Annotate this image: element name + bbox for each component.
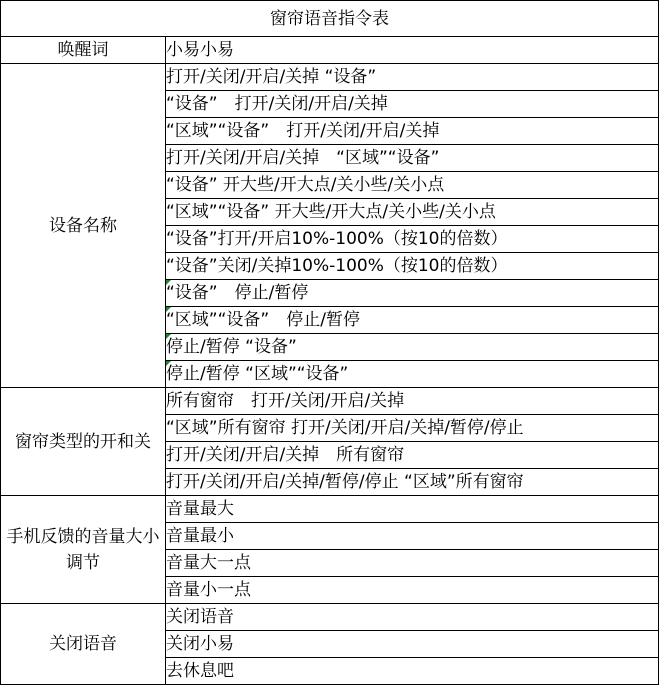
command-text: 打开/关闭/开启/关掉 所有窗帘 [166,445,404,465]
command-cell[interactable]: 关闭小易 [166,631,659,658]
command-cell[interactable]: 打开/关闭/开启/关掉 “区域”“设备” [166,145,659,172]
table-row: 关闭语音关闭语音 [1,604,659,631]
command-text: “区域”“设备” 停止/暂停 [166,310,360,330]
category-curtain-type-open-close[interactable]: 窗帘类型的开和关 [1,388,166,496]
command-cell[interactable]: 所有窗帘 打开/关闭/开启/关掉 [166,388,659,415]
command-cell[interactable]: 打开/关闭/开启/关掉 所有窗帘 [166,442,659,469]
comment-marker-icon [166,307,171,312]
comment-marker-icon [166,334,171,339]
command-text: 音量最大 [166,499,234,519]
command-text: “区域”“设备” 开大些/开大点/关小些/关小点 [166,202,496,222]
command-text: “设备” 停止/暂停 [166,283,308,303]
command-text: 打开/关闭/开启/关掉 “设备” [166,67,376,87]
command-cell[interactable]: “区域”“设备” 开大些/开大点/关小些/关小点 [166,199,659,226]
comment-marker-icon [166,280,171,285]
category-device-name[interactable]: 设备名称 [1,64,166,388]
command-text: 所有窗帘 打开/关闭/开启/关掉 [166,391,404,411]
command-text: 打开/关闭/开启/关掉/暂停/停止 “区域”所有窗帘 [166,472,524,492]
table-row: 手机反馈的音量大小调节音量最大 [1,496,659,523]
command-cell[interactable]: 音量最小 [166,523,659,550]
wake-word-row: 唤醒词 小易小易 [1,37,659,64]
table-row: 窗帘类型的开和关所有窗帘 打开/关闭/开启/关掉 [1,388,659,415]
command-text: “设备”打开/开启10%-100%（按10的倍数） [166,229,508,249]
comment-marker-icon [166,361,171,366]
command-cell[interactable]: “区域”所有窗帘 打开/关闭/开启/关掉/暂停/停止 [166,415,659,442]
command-cell[interactable]: 停止/暂停 “设备” [166,334,659,361]
command-cell[interactable]: “设备”关闭/关掉10%-100%（按10的倍数） [166,253,659,280]
command-cell[interactable]: 打开/关闭/开启/关掉 “设备” [166,64,659,91]
command-text: 去休息吧 [166,661,234,681]
command-text: 停止/暂停 “设备” [166,337,297,357]
command-text: “设备” 打开/关闭/开启/关掉 [166,94,388,114]
command-cell[interactable]: 音量大一点 [166,550,659,577]
command-text: 音量大一点 [166,553,251,573]
command-cell[interactable]: 音量小一点 [166,577,659,604]
wake-word-value[interactable]: 小易小易 [166,37,659,64]
command-cell[interactable]: “设备” 开大些/开大点/关小些/关小点 [166,172,659,199]
command-text: “设备”关闭/关掉10%-100%（按10的倍数） [166,256,508,276]
command-text: “设备” 开大些/开大点/关小些/关小点 [166,175,444,195]
command-cell[interactable]: 打开/关闭/开启/关掉/暂停/停止 “区域”所有窗帘 [166,469,659,496]
command-cell[interactable]: 停止/暂停 “区域”“设备” [166,361,659,388]
command-text: 关闭语音 [166,607,234,627]
command-cell[interactable]: 音量最大 [166,496,659,523]
command-text: 停止/暂停 “区域”“设备” [166,364,348,384]
command-text: 关闭小易 [166,634,234,654]
command-cell[interactable]: 关闭语音 [166,604,659,631]
table-title[interactable]: 窗帘语音指令表 [1,1,659,37]
voice-command-table: 窗帘语音指令表 唤醒词 小易小易 设备名称打开/关闭/开启/关掉 “设备”“设备… [0,0,659,685]
wake-word-label[interactable]: 唤醒词 [1,37,166,64]
title-row: 窗帘语音指令表 [1,1,659,37]
table-row: 设备名称打开/关闭/开启/关掉 “设备” [1,64,659,91]
command-cell[interactable]: “区域”“设备” 停止/暂停 [166,307,659,334]
command-cell[interactable]: “区域”“设备” 打开/关闭/开启/关掉 [166,118,659,145]
command-text: “区域”“设备” 打开/关闭/开启/关掉 [166,121,439,141]
command-cell[interactable]: 去休息吧 [166,658,659,685]
command-text: 打开/关闭/开启/关掉 “区域”“设备” [166,148,439,168]
category-volume-adjust[interactable]: 手机反馈的音量大小调节 [1,496,166,604]
command-cell[interactable]: “设备” 停止/暂停 [166,280,659,307]
category-close-voice[interactable]: 关闭语音 [1,604,166,685]
command-text: 音量小一点 [166,580,251,600]
command-cell[interactable]: “设备” 打开/关闭/开启/关掉 [166,91,659,118]
command-text: 音量最小 [166,526,234,546]
command-cell[interactable]: “设备”打开/开启10%-100%（按10的倍数） [166,226,659,253]
command-text: “区域”所有窗帘 打开/关闭/开启/关掉/暂停/停止 [166,418,524,438]
